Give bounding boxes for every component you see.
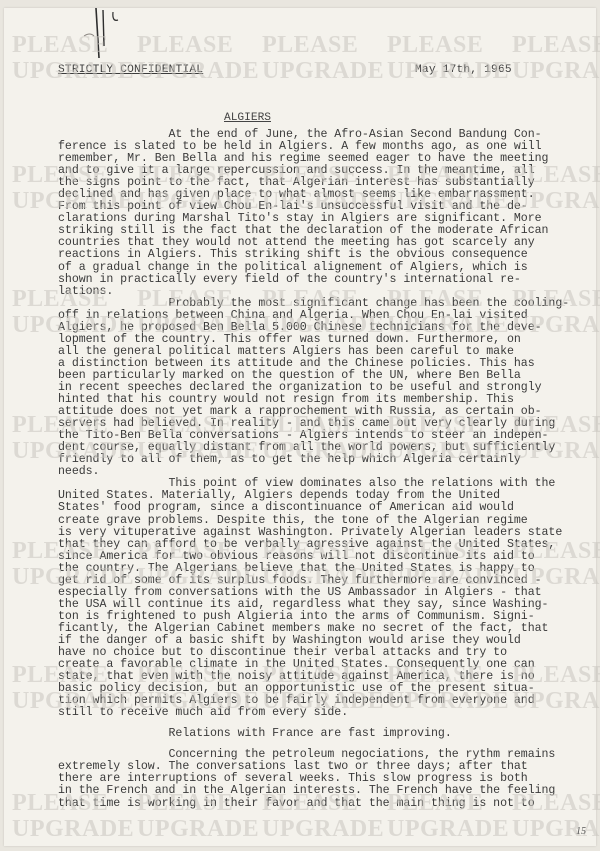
document-header: STRICTLY CONFIDENTIAL May 17th, 1965 bbox=[58, 64, 528, 80]
text-line: Relations with France are fast improving… bbox=[58, 728, 598, 740]
text-line: friendly to all of them, as to get the h… bbox=[58, 454, 598, 466]
paragraph: At the end of June, the Afro-Asian Secon… bbox=[58, 129, 598, 298]
handwritten-mark-icon bbox=[82, 6, 122, 64]
paragraph: Probably the most significant change has… bbox=[58, 298, 598, 479]
text-line: get rid of some of its surplus foods. Th… bbox=[58, 575, 598, 587]
text-line: since America for two obvious reasons wi… bbox=[58, 551, 598, 563]
text-line: create grave problems. Despite this, the… bbox=[58, 515, 598, 527]
text-line: the country. The Algerians believe that … bbox=[58, 563, 598, 575]
text-line: is very vituperative against Washington.… bbox=[58, 527, 598, 539]
text-line: Algiers, he proposed Ben Bella 5.000 Chi… bbox=[58, 322, 598, 334]
text-line: still to receive much aid from every sid… bbox=[58, 707, 598, 719]
document-body: At the end of June, the Afro-Asian Secon… bbox=[58, 129, 598, 810]
paragraph: Concerning the petroleum negociations, t… bbox=[58, 749, 598, 809]
text-line: States' food program, since a discontinu… bbox=[58, 502, 598, 514]
document-date: May 17th, 1965 bbox=[415, 64, 512, 76]
document-title: ALGIERS bbox=[224, 112, 271, 124]
text-line: that time is working in their favor and … bbox=[58, 798, 598, 810]
text-line: lations. bbox=[58, 286, 598, 298]
text-line: reactions in Algiers. This striking shif… bbox=[58, 249, 598, 261]
text-line: Probably the most significant change has… bbox=[58, 298, 598, 310]
paragraph: Relations with France are fast improving… bbox=[58, 728, 598, 740]
text-line: in the French and in the Algerian intere… bbox=[58, 785, 598, 797]
classification-label: STRICTLY CONFIDENTIAL bbox=[58, 64, 203, 76]
page-number-mark: 15 bbox=[576, 826, 586, 837]
text-line: that they can afford to be verbally agre… bbox=[58, 539, 598, 551]
paragraph: This point of view dominates also the re… bbox=[58, 478, 598, 719]
text-line: of a gradual change in the political ali… bbox=[58, 262, 598, 274]
text-line: shown in practically every field of the … bbox=[58, 274, 598, 286]
text-line: off in relations between China and Alger… bbox=[58, 310, 598, 322]
